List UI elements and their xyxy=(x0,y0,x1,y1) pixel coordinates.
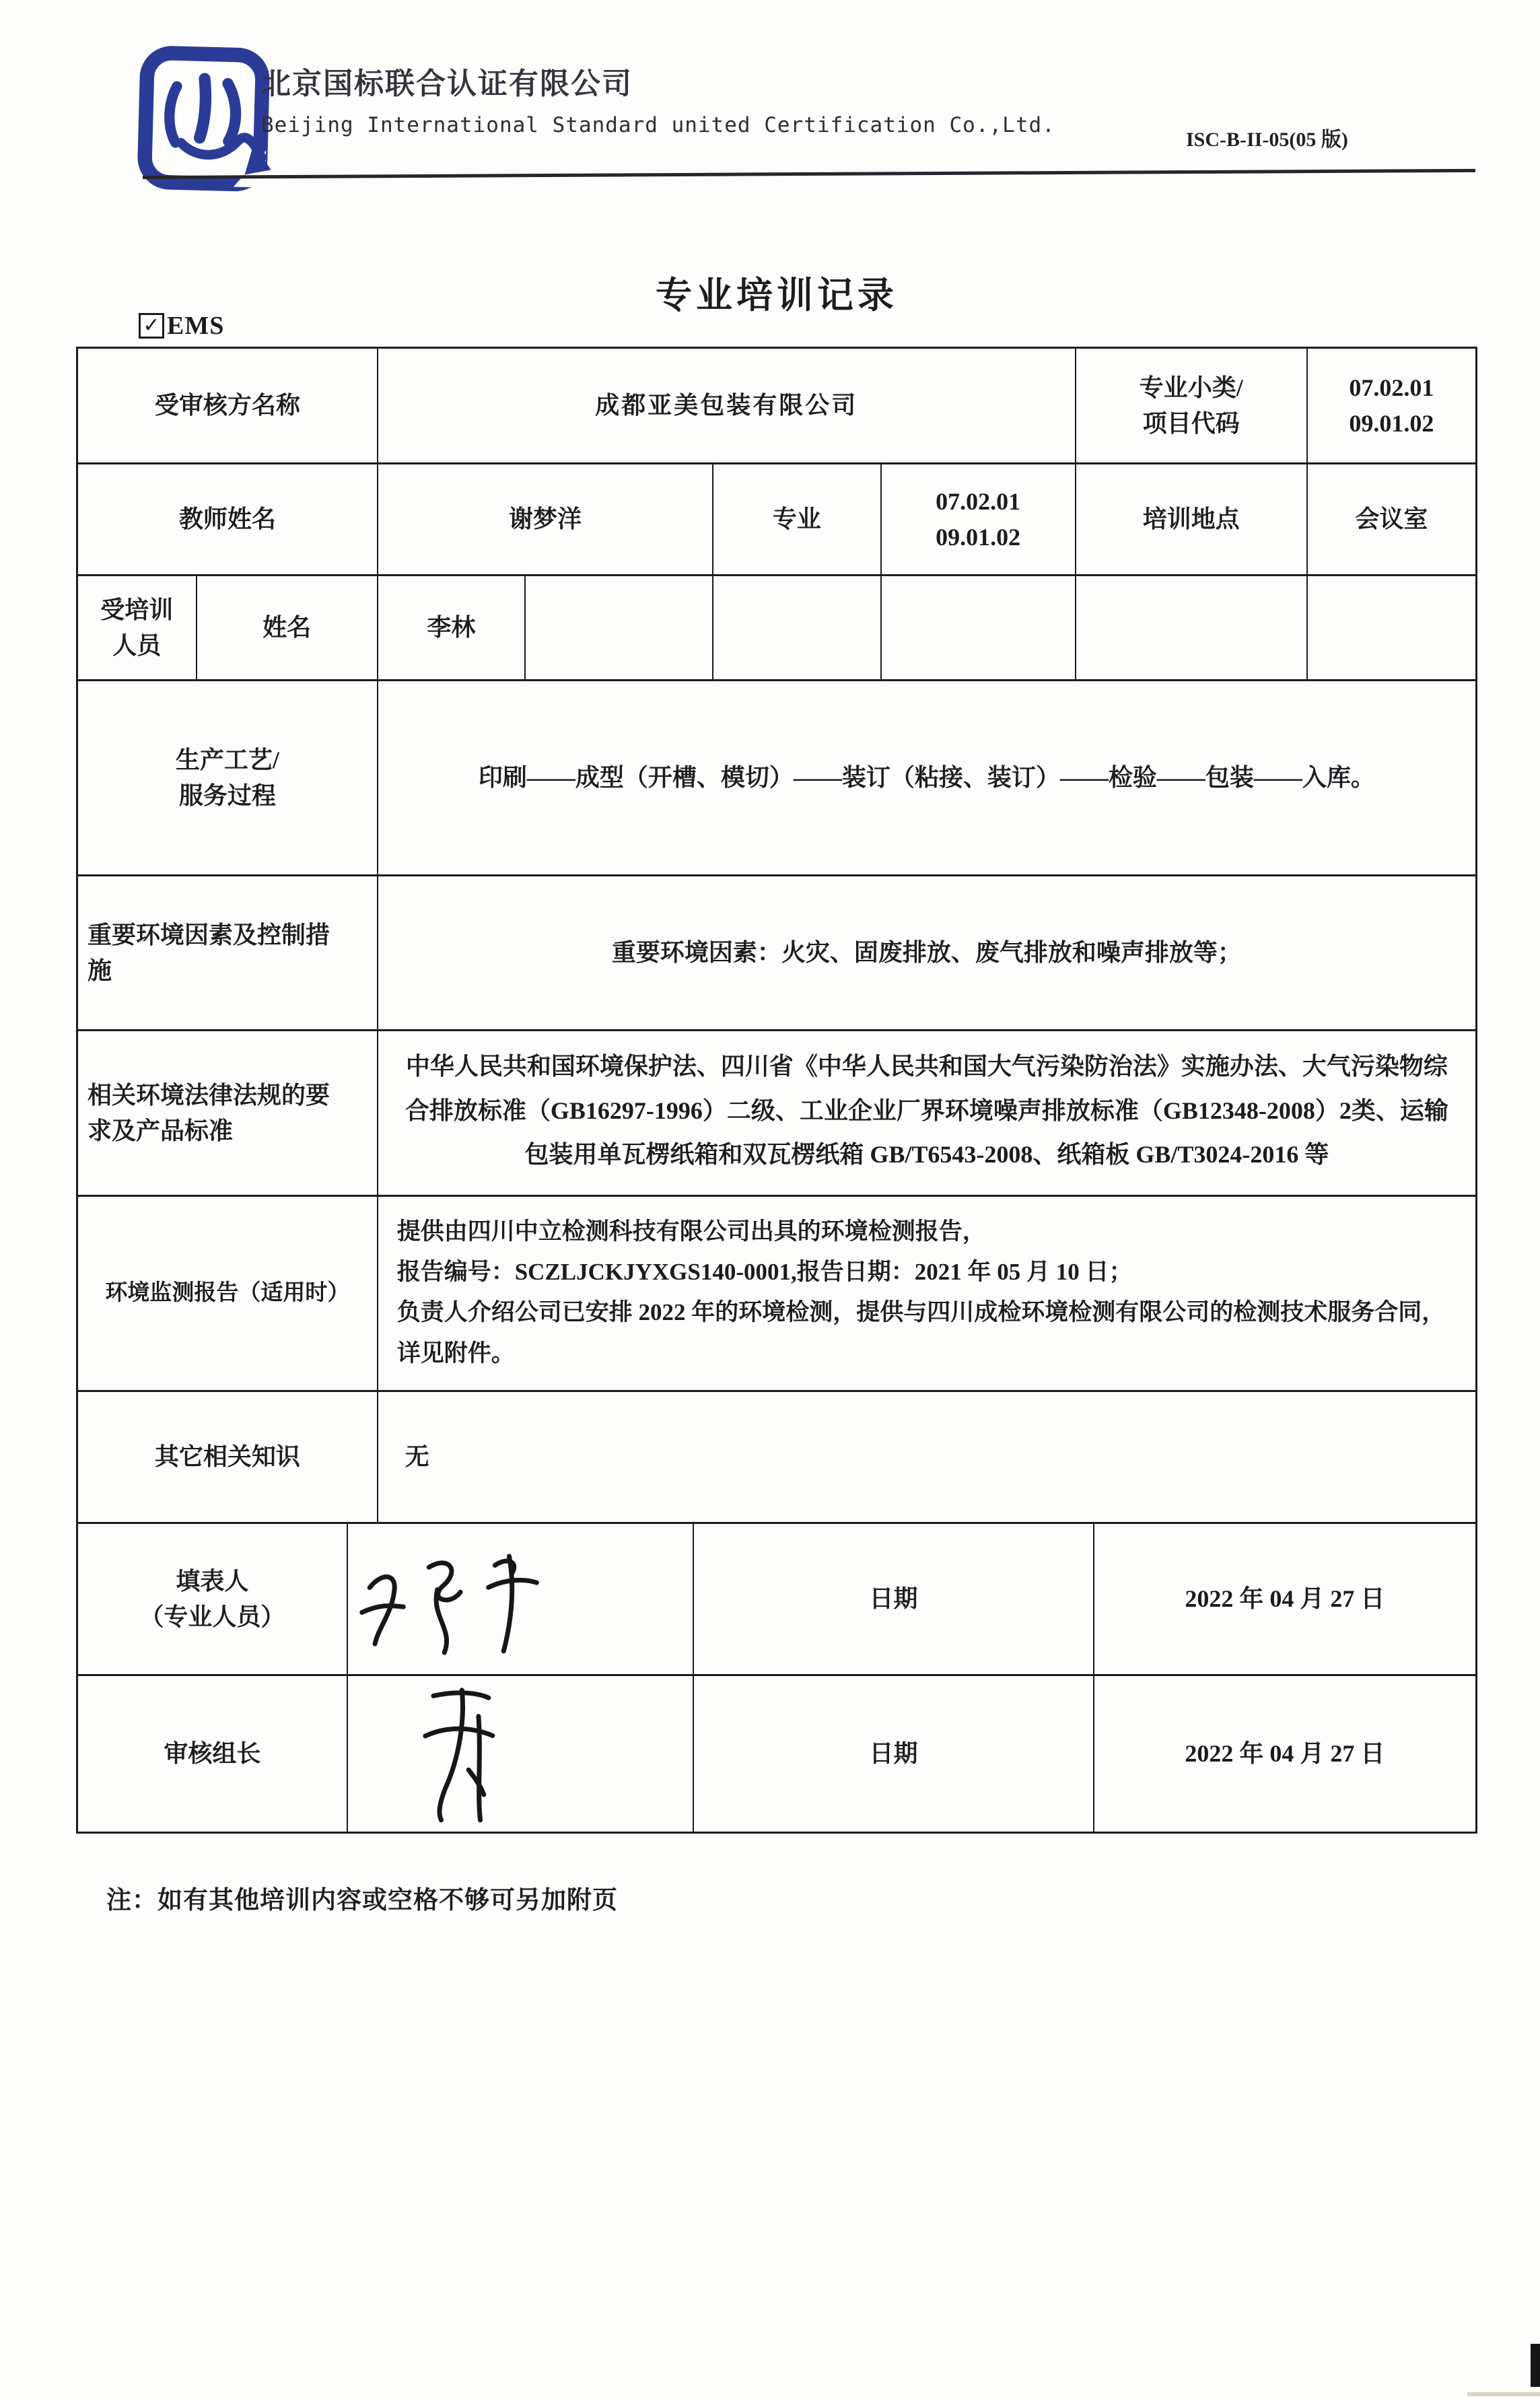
teacher-label: 教师姓名 xyxy=(78,464,378,574)
table-row-audit-leader: 审核组长 日期 2022 年 04 月 27 日 xyxy=(78,1676,1475,1832)
scan-smudge xyxy=(1467,2392,1540,2396)
ems-checkbox[interactable]: ✓ xyxy=(139,313,164,339)
form-filler-signature-cell xyxy=(348,1524,695,1674)
trainee-name-value: 李林 xyxy=(378,576,526,679)
other-knowledge-label: 其它相关知识 xyxy=(78,1392,378,1522)
audit-leader-label: 审核组长 xyxy=(78,1676,348,1832)
auditee-value: 成都亚美包装有限公司 xyxy=(378,349,1076,462)
regulations-value: 中华人民共和国环境保护法、四川省《中华人民共和国大气污染防治法》实施办法、大气污… xyxy=(378,1031,1475,1195)
table-row-trainees: 受培训 人员 姓名 李林 xyxy=(78,576,1475,681)
document-code: ISC-B-II-05(05 版) xyxy=(1186,123,1348,152)
form-filler-date-value: 2022 年 04 月 27 日 xyxy=(1094,1524,1475,1674)
trainee-empty-cell xyxy=(1076,576,1308,679)
monitoring-label: 环境监测报告（适用时） xyxy=(78,1197,378,1390)
teacher-value: 谢梦洋 xyxy=(378,464,714,574)
audit-leader-date-label: 日期 xyxy=(694,1676,1094,1832)
trainees-group-label: 受培训 人员 xyxy=(78,576,197,679)
category-code: 07.02.01 09.01.02 xyxy=(1308,349,1475,462)
major-label: 专业 xyxy=(713,464,881,574)
header-divider xyxy=(143,169,1475,179)
audit-leader-date-value: 2022 年 04 月 27 日 xyxy=(1094,1676,1475,1832)
ems-checkbox-row: ✓ EMS xyxy=(139,311,224,341)
page-title: 专业培训记录 xyxy=(76,267,1477,318)
table-row-env-factors: 重要环境因素及控制措 施 重要环境因素：火灾、固废排放、废气排放和噪声排放等； xyxy=(78,876,1475,1031)
company-name-en: Beijing International Standard united Ce… xyxy=(261,113,1055,137)
trainees-name-label: 姓名 xyxy=(197,576,378,679)
major-code: 07.02.01 09.01.02 xyxy=(882,464,1076,574)
regulations-label: 相关环境法律法规的要 求及产品标准 xyxy=(78,1031,378,1195)
other-knowledge-value: 无 xyxy=(378,1392,1475,1522)
monitoring-line-1: 提供由四川中立检测科技有限公司出具的环境检测报告， xyxy=(397,1212,986,1252)
table-row-monitoring: 环境监测报告（适用时） 提供由四川中立检测科技有限公司出具的环境检测报告， 报告… xyxy=(78,1197,1475,1392)
signature-xie-mengyang xyxy=(341,1532,571,1675)
table-row-teacher: 教师姓名 谢梦洋 专业 07.02.01 09.01.02 培训地点 会议室 xyxy=(78,464,1475,576)
trainee-empty-cell xyxy=(526,576,713,679)
audit-leader-signature-cell xyxy=(348,1676,695,1832)
table-row-auditee: 受审核方名称 成都亚美包装有限公司 专业小类/ 项目代码 07.02.01 09… xyxy=(78,349,1475,464)
category-label: 专业小类/ 项目代码 xyxy=(1076,349,1308,462)
ems-checkbox-label: EMS xyxy=(167,311,224,341)
monitoring-value: 提供由四川中立检测科技有限公司出具的环境检测报告， 报告编号：SCZLJCKJY… xyxy=(378,1197,1475,1390)
footnote: 注：如有其他培训内容或空格不够可另加附页 xyxy=(106,1879,618,1916)
env-factors-value: 重要环境因素：火灾、固废排放、废气排放和噪声排放等； xyxy=(378,876,1475,1029)
monitoring-line-3: 负责人介绍公司已安排 2022 年的环境检测，提供与四川成检环境检测有限公司的检… xyxy=(397,1292,1458,1373)
env-factors-label: 重要环境因素及控制措 施 xyxy=(78,876,378,1029)
location-label: 培训地点 xyxy=(1076,464,1308,574)
table-row-regulations: 相关环境法律法规的要 求及产品标准 中华人民共和国环境保护法、四川省《中华人民共… xyxy=(78,1031,1475,1197)
trainee-empty-cell xyxy=(1308,576,1475,679)
training-record-table: 受审核方名称 成都亚美包装有限公司 专业小类/ 项目代码 07.02.01 09… xyxy=(76,347,1477,1834)
trainee-empty-cell xyxy=(713,576,881,679)
process-value: 印刷——成型（开槽、模切）——装订（粘接、装订）——检验——包装——入库。 xyxy=(378,681,1475,874)
form-filler-date-label: 日期 xyxy=(694,1524,1094,1674)
table-row-other-knowledge: 其它相关知识 无 xyxy=(78,1392,1475,1524)
scan-corner-mark xyxy=(1531,2344,1540,2387)
training-record-page: 北京国标联合认证有限公司 Beijing International Stand… xyxy=(0,0,1540,2399)
trainee-empty-cell xyxy=(882,576,1076,679)
process-label: 生产工艺/ 服务过程 xyxy=(78,681,378,874)
table-row-process: 生产工艺/ 服务过程 印刷——成型（开槽、模切）——装订（粘接、装订）——检验—… xyxy=(78,681,1475,876)
monitoring-line-2: 报告编号：SCZLJCKJYXGS140-0001,报告日期：2021 年 05… xyxy=(397,1252,1133,1292)
auditee-label: 受审核方名称 xyxy=(78,349,378,462)
signature-li-lin xyxy=(403,1677,516,1826)
form-filler-label: 填表人 （专业人员） xyxy=(78,1524,348,1674)
table-row-form-filler: 填表人 （专业人员） 日期 2022 年 04 月 27 日 xyxy=(78,1524,1475,1676)
company-name-cn: 北京国标联合认证有限公司 xyxy=(261,59,633,102)
location-value: 会议室 xyxy=(1308,464,1475,574)
